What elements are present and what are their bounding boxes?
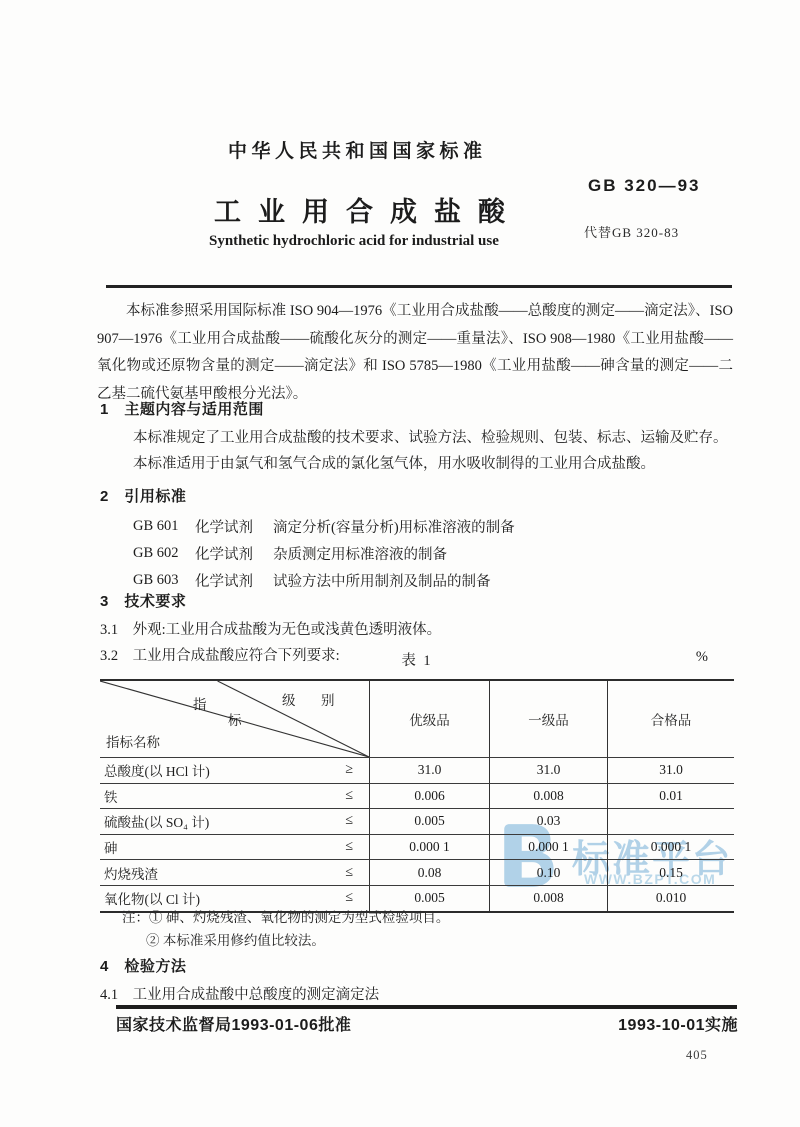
- table-caption-row: 表 1 %: [100, 649, 734, 671]
- scanned-standard-page: 标准平台 WWW.BZPT.COM 中华人民共和国国家标准 工业用合成盐酸 Sy…: [0, 0, 800, 1127]
- indicator-name: 硫酸盐(以 SO₄ 计): [104, 811, 209, 831]
- table-header-row: 级 别 指 标 指标名称 优级品 一级品 合格品: [100, 681, 734, 758]
- value-cell: 31.0: [370, 758, 490, 783]
- value-cell: 0.005: [370, 809, 490, 834]
- document-title-en: Synthetic hydrochloric acid for industri…: [209, 233, 499, 250]
- comparison-symbol: ≤: [345, 788, 353, 804]
- grade-header-premium: 优级品: [370, 681, 490, 757]
- diagonal-indicator-char-2: 标: [228, 709, 242, 729]
- indicator-cell: 砷 ≤: [100, 835, 370, 860]
- value-cell: 0.000 1: [370, 835, 490, 860]
- value-cell: 0.000 1: [608, 835, 734, 860]
- value-cell: 0.000 1: [490, 835, 608, 860]
- value-cell: [608, 809, 734, 834]
- comparison-symbol: ≥: [345, 762, 353, 778]
- value-cell: 31.0: [490, 758, 608, 783]
- table-note-2: ② 本标准采用修约值比较法。: [146, 929, 325, 949]
- diagonal-indicator-char-1: 指: [193, 693, 207, 713]
- table-row: 砷 ≤ 0.000 1 0.000 1 0.000 1: [100, 835, 734, 861]
- section-1-heading: 1 主题内容与适用范围: [100, 398, 264, 419]
- section-2-heading: 2 引用标准: [100, 485, 186, 506]
- indicator-cell: 铁 ≤: [100, 784, 370, 809]
- requirements-table: 级 别 指 标 指标名称 优级品 一级品 合格品 总酸度(以 HCl 计) ≥ …: [100, 679, 734, 913]
- reference-title: 滴定分析(容量分析)用标准溶液的制备: [273, 516, 515, 537]
- header-rule: [106, 285, 732, 288]
- indicator-name: 灼烧残渣: [104, 863, 158, 883]
- indicator-cell: 总酸度(以 HCl 计) ≥: [100, 758, 370, 783]
- reference-title: 杂质测定用标准溶液的制备: [273, 543, 447, 564]
- reference-title: 试验方法中所用制剂及制品的制备: [273, 570, 491, 591]
- diagonal-header-cell: 级 别 指 标 指标名称: [100, 681, 370, 757]
- foreword-paragraph: 本标准参照采用国际标准 ISO 904—1976《工业用合成盐酸——总酸度的测定…: [97, 298, 733, 408]
- section-3-heading: 3 技术要求: [100, 590, 186, 611]
- national-standard-label: 中华人民共和国国家标准: [228, 136, 487, 163]
- reference-item: GB 603 化学试剂 试验方法中所用制剂及制品的制备: [133, 567, 515, 594]
- diagonal-name-label: 指标名称: [106, 731, 160, 751]
- value-cell: 0.10: [490, 860, 608, 885]
- value-cell: 0.03: [490, 809, 608, 834]
- indicator-cell: 灼烧残渣 ≤: [100, 860, 370, 885]
- comparison-symbol: ≤: [345, 890, 353, 906]
- reference-code: GB 601: [133, 518, 195, 535]
- clause-3-1: 3.1 外观:工业用合成盐酸为无色或浅黄色透明液体。: [100, 618, 441, 639]
- grade-header-first: 一级品: [490, 681, 608, 757]
- comparison-symbol: ≤: [345, 865, 353, 881]
- value-cell: 0.006: [370, 784, 490, 809]
- value-cell: 0.008: [490, 784, 608, 809]
- indicator-name: 总酸度(以 HCl 计): [104, 760, 210, 780]
- table-unit-label: %: [696, 649, 708, 666]
- value-cell: 0.08: [370, 860, 490, 885]
- section-4-heading: 4 检验方法: [100, 955, 186, 976]
- table-row: 硫酸盐(以 SO₄ 计) ≤ 0.005 0.03: [100, 809, 734, 835]
- reference-type: 化学试剂: [195, 543, 273, 564]
- clause-4-1: 4.1 工业用合成盐酸中总酸度的测定滴定法: [100, 983, 379, 1004]
- reference-type: 化学试剂: [195, 570, 273, 591]
- indicator-name: 铁: [104, 786, 118, 806]
- indicator-cell: 氧化物(以 Cl 计) ≤: [100, 886, 370, 911]
- value-cell: 0.010: [608, 886, 734, 911]
- table-row: 灼烧残渣 ≤ 0.08 0.10 0.15: [100, 860, 734, 886]
- diagonal-grade-label: 级 别: [282, 689, 341, 709]
- indicator-name: 氧化物(以 Cl 计): [104, 888, 200, 908]
- value-cell: 0.01: [608, 784, 734, 809]
- indicator-cell: 硫酸盐(以 SO₄ 计) ≤: [100, 809, 370, 834]
- approval-statement: 国家技术监督局1993-01-06批准: [116, 1012, 351, 1035]
- value-cell: 0.005: [370, 886, 490, 911]
- value-cell: 0.15: [608, 860, 734, 885]
- document-title-cn: 工业用合成盐酸: [214, 190, 522, 229]
- section-1-paragraph-2: 本标准适用于由氯气和氢气合成的氯化氢气体，用水吸收制得的工业用合成盐酸。: [133, 452, 655, 473]
- value-cell: 0.008: [490, 886, 608, 911]
- table-caption: 表 1: [100, 649, 734, 670]
- reference-type: 化学试剂: [195, 516, 273, 537]
- table-row: 氧化物(以 Cl 计) ≤ 0.005 0.008 0.010: [100, 886, 734, 911]
- reference-list: GB 601 化学试剂 滴定分析(容量分析)用标准溶液的制备 GB 602 化学…: [133, 513, 515, 594]
- replaces-label: 代替GB 320-83: [584, 222, 679, 241]
- reference-code: GB 602: [133, 545, 195, 562]
- grade-header-qualified: 合格品: [608, 681, 734, 757]
- section-1-paragraph-1: 本标准规定了工业用合成盐酸的技术要求、试验方法、检验规则、包装、标志、运输及贮存…: [133, 426, 728, 447]
- comparison-symbol: ≤: [345, 813, 353, 829]
- page-number: 405: [686, 1048, 708, 1063]
- table-row: 铁 ≤ 0.006 0.008 0.01: [100, 784, 734, 810]
- reference-code: GB 603: [133, 572, 195, 589]
- reference-item: GB 601 化学试剂 滴定分析(容量分析)用标准溶液的制备: [133, 513, 515, 540]
- indicator-name: 砷: [104, 837, 118, 857]
- comparison-symbol: ≤: [345, 839, 353, 855]
- table-row: 总酸度(以 HCl 计) ≥ 31.0 31.0 31.0: [100, 758, 734, 784]
- value-cell: 31.0: [608, 758, 734, 783]
- implementation-date: 1993-10-01实施: [618, 1012, 738, 1035]
- reference-item: GB 602 化学试剂 杂质测定用标准溶液的制备: [133, 540, 515, 567]
- footer-rule: [116, 1005, 737, 1009]
- standard-code: GB 320—93: [588, 176, 701, 196]
